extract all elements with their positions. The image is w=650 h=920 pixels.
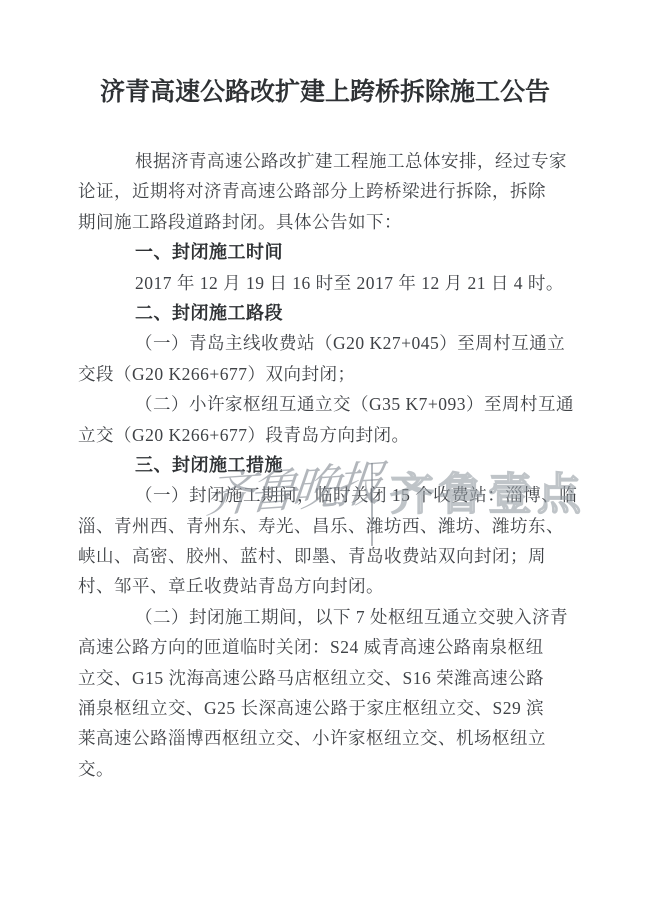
paragraph-line: （一）青岛主线收费站（G20 K27+045）至周村互通立 xyxy=(78,328,548,358)
paragraph-line: （二）小许家枢纽互通立交（G35 K7+093）至周村互通 xyxy=(78,389,548,419)
paragraph-line: 交。 xyxy=(78,754,548,784)
paragraph-line: 期间施工路段道路封闭。具体公告如下： xyxy=(78,207,548,237)
paragraph-line: 交段（G20 K266+677）双向封闭； xyxy=(78,359,548,389)
paragraph-line: 莱高速公路淄博西枢纽立交、小许家枢纽立交、机场枢纽立 xyxy=(78,723,548,753)
paragraph-line: （一）封闭施工期间，临时关闭 15 个收费站：淄博、临 xyxy=(78,480,548,510)
paragraph-line: 2017 年 12 月 19 日 16 时至 2017 年 12 月 21 日 … xyxy=(78,268,548,298)
paragraph-line: 淄、青州西、青州东、寿光、昌乐、潍坊西、潍坊、潍坊东、 xyxy=(78,511,548,541)
paragraph-line: （二）封闭施工期间，以下 7 处枢纽互通立交驶入济青 xyxy=(78,602,548,632)
document-page: 济青高速公路改扩建上跨桥拆除施工公告 根据济青高速公路改扩建工程施工总体安排，经… xyxy=(0,0,650,920)
section-heading-2: 二、封闭施工路段 xyxy=(78,298,548,328)
paragraph-line: 立交、G15 沈海高速公路马店枢纽立交、S16 荣潍高速公路 xyxy=(78,663,548,693)
paragraph-line: 高速公路方向的匝道临时关闭：S24 威青高速公路南泉枢纽 xyxy=(78,632,548,662)
paragraph-line: 涌泉枢纽立交、G25 长深高速公路于家庄枢纽立交、S29 滨 xyxy=(78,693,548,723)
section-heading-3: 三、封闭施工措施 xyxy=(78,450,548,480)
page-title: 济青高速公路改扩建上跨桥拆除施工公告 xyxy=(0,72,650,108)
paragraph-line: 根据济青高速公路改扩建工程施工总体安排，经过专家 xyxy=(78,146,548,176)
section-heading-1: 一、封闭施工时间 xyxy=(78,237,548,267)
paragraph-line: 论证，近期将对济青高速公路部分上跨桥梁进行拆除，拆除 xyxy=(78,176,548,206)
paragraph-line: 村、邹平、章丘收费站青岛方向封闭。 xyxy=(78,571,548,601)
paragraph-line: 峡山、高密、胶州、蓝村、即墨、青岛收费站双向封闭；周 xyxy=(78,541,548,571)
document-body: 根据济青高速公路改扩建工程施工总体安排，经过专家 论证，近期将对济青高速公路部分… xyxy=(78,146,548,784)
paragraph-line: 立交（G20 K266+677）段青岛方向封闭。 xyxy=(78,420,548,450)
